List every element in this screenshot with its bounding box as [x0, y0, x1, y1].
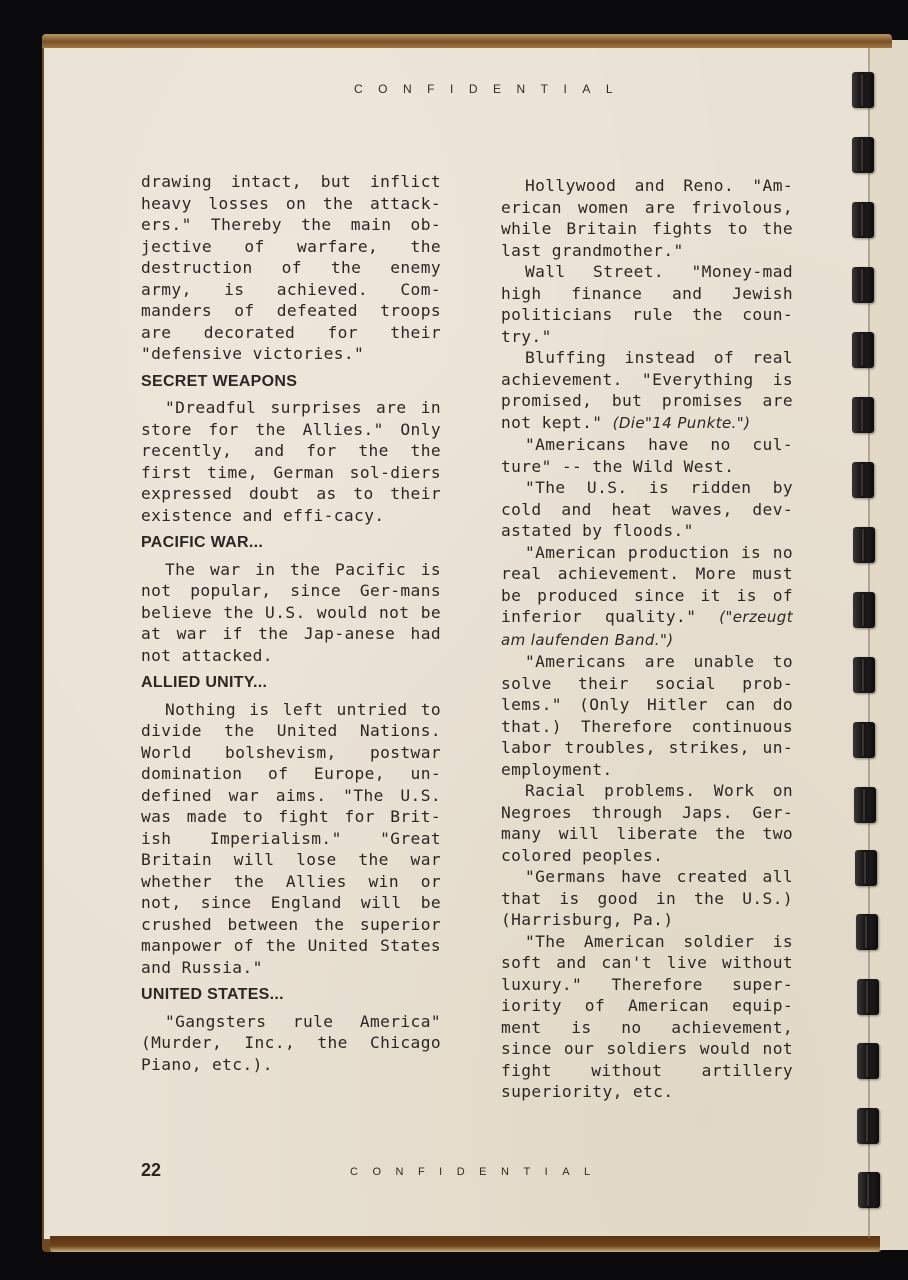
paragraph-hollywood: Hollywood and Reno. "Am-erican women are…	[501, 175, 793, 261]
binding-ring-icon	[852, 462, 874, 498]
section-heading-secret-weapons: SECRET WEAPONS	[141, 371, 441, 393]
paragraph-germans-created: "Germans have created all that is good i…	[501, 866, 793, 931]
binding-ring-icon	[852, 332, 874, 368]
left-column: drawing intact, but inflict heavy losses…	[141, 171, 441, 1075]
section-body-allied-unity: Nothing is left untried to divide the Un…	[141, 699, 441, 979]
paragraph-text: "Germans have created all that is good i…	[501, 867, 793, 929]
binding-ring-icon	[852, 202, 874, 238]
intro-paragraph: drawing intact, but inflict heavy losses…	[141, 171, 441, 365]
binding-ring-icon	[857, 1108, 879, 1144]
section-heading-allied-unity: ALLIED UNITY...	[141, 672, 441, 694]
paragraph-wall-street: Wall Street. "Money-mad high finance and…	[501, 261, 793, 347]
binding-ring-icon	[853, 722, 875, 758]
paragraph-text: Racial problems. Work on Negroes through…	[501, 781, 793, 865]
paragraph-weather: "The U.S. is ridden by cold and heat wav…	[501, 477, 793, 542]
binding-ring-icon	[852, 267, 874, 303]
page-bottom-edge	[50, 1236, 880, 1252]
paragraph-bluffing: Bluffing instead of real achievement. "E…	[501, 347, 793, 434]
paragraph-culture: "Americans have no cul-ture" -- the Wild…	[501, 434, 793, 477]
binding-ring-icon	[856, 914, 878, 950]
italic-german-quote: (Die"14 Punkte.")	[613, 414, 751, 432]
paragraph-text: "The U.S. is ridden by cold and heat wav…	[501, 478, 793, 540]
paragraph-production: "American production is no real achievem…	[501, 542, 793, 652]
binding-ring-icon	[854, 787, 876, 823]
paragraph-racial-problems: Racial problems. Work on Negroes through…	[501, 780, 793, 866]
binding-ring-icon	[853, 592, 875, 628]
binding-ring-icon	[852, 137, 874, 173]
paragraph-american-soldier: "The American soldier is soft and can't …	[501, 931, 793, 1103]
footer-confidential: CONFIDENTIAL	[350, 1166, 605, 1178]
section-heading-pacific-war: PACIFIC WAR...	[141, 532, 441, 554]
paragraph-text: Wall Street. "Money-mad high finance and…	[501, 262, 793, 346]
binding-ring-icon	[853, 527, 875, 563]
binding-ring-icon	[858, 1172, 880, 1208]
header-confidential: CONFIDENTIAL	[354, 82, 628, 96]
page-top-edge	[42, 34, 892, 48]
binding-ring-icon	[852, 72, 874, 108]
page-number: 22	[141, 1160, 161, 1181]
section-body-secret-weapons: "Dreadful surprises are in store for the…	[141, 397, 441, 526]
right-column: Hollywood and Reno. "Am-erican women are…	[501, 175, 793, 1103]
paragraph-text: "Americans have no cul-ture" -- the Wild…	[501, 435, 793, 476]
binding-ring-icon	[853, 657, 875, 693]
binding-ring-icon	[857, 1043, 879, 1079]
binding-ring-icon	[857, 979, 879, 1015]
section-heading-united-states: UNITED STATES...	[141, 984, 441, 1006]
paragraph-social-problems: "Americans are unable to solve their soc…	[501, 651, 793, 780]
binding-ring-icon	[852, 397, 874, 433]
paragraph-text: "The American soldier is soft and can't …	[501, 932, 793, 1102]
paragraph-text: Hollywood and Reno. "Am-erican women are…	[501, 176, 793, 260]
section-body-pacific-war: The war in the Pacific is not popular, s…	[141, 559, 441, 667]
paragraph-text: "Americans are unable to solve their soc…	[501, 652, 793, 779]
section-body-united-states: "Gangsters rule America" (Murder, Inc., …	[141, 1011, 441, 1076]
binding-ring-icon	[855, 850, 877, 886]
